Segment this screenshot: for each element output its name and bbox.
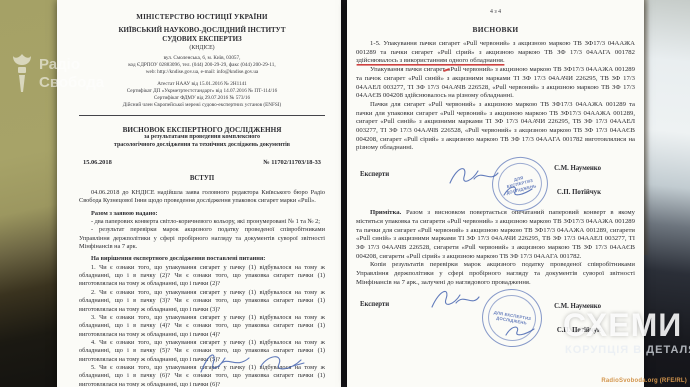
ministry-title: МІНІСТЕРСТВО ЮСТИЦІЇ УКРАЇНИ: [79, 13, 325, 21]
question-item: 2. Чи є ознаки того, що упакування сигар…: [79, 289, 325, 314]
handwritten-signature-icon: [257, 350, 307, 376]
contact-web-email: web: http://kndise.gov.ua, e-mail: info@…: [79, 69, 325, 76]
experts-signature-block-1: Експерти ДЛЯ ЕКСПЕРТИЗ ДОСЛІДЖЕНЬ С.М. Н…: [356, 161, 635, 207]
provided-item: - два паперових конверта світло-коричнев…: [79, 218, 325, 226]
document-title: ВИСНОВОК ЕКСПЕРТНОГО ДОСЛІДЖЕННЯ: [79, 126, 325, 134]
note-label: Примітка.: [370, 209, 401, 216]
handwritten-signature-icon: [195, 346, 255, 380]
question-item: 1. Чи є ознаки того, що упакування сигар…: [79, 264, 325, 289]
conclusion-1-text: 1-5. Упакування пачки сигарет «Pull черв…: [356, 40, 635, 56]
handwritten-signature-icon: [426, 285, 482, 313]
expert-name-potiichuk: С.П. Потійчук: [557, 189, 601, 196]
round-blue-stamp: ДЛЯ ЕКСПЕРТИЗ ДОСЛІДЖЕНЬ: [477, 285, 546, 353]
section-heading-conclusions: ВИСНОВКИ: [356, 25, 635, 34]
institute-abbr: (КНДІСЕ): [79, 45, 325, 51]
schemes-watermark-title: СХЕМИ: [563, 309, 690, 341]
document-number: № 11702/11703/18-33: [263, 159, 321, 166]
handwritten-signature-icon: [501, 183, 535, 199]
provided-heading: Разом з заявою надано:: [79, 210, 325, 218]
document-subtitle-line1: за результатами проведення комплексного: [79, 134, 325, 142]
experts-label: Експерти: [360, 301, 389, 308]
copy-paragraph: Копія результатів перевірки марок акцизн…: [356, 261, 635, 287]
intro-paragraph: 04.06.2018 до КНДІСЕ надійшла заява голо…: [79, 189, 325, 206]
experts-label: Експерти: [360, 171, 389, 178]
conclusion-paragraph-1: 1-5. Упакування пачки сигарет «Pull черв…: [356, 40, 635, 66]
handwritten-signature-icon: [503, 323, 537, 339]
page-number: 4 з 4: [356, 9, 635, 15]
schemes-watermark-subtitle: КОРУПЦІЯ В ДЕТАЛЯХ: [565, 344, 690, 356]
radio-svoboda-text-line2: Свобода: [39, 74, 104, 92]
section-heading-intro: ВСТУП: [79, 175, 325, 182]
expert-name-naumenko: С.М. Науменко: [554, 165, 601, 172]
institute-certificates: Атестат НААУ від 15.01.2016 № 2Н1141 Сер…: [79, 81, 325, 109]
question-item: 3. Чи є ознаки того, що упакування сигар…: [79, 314, 325, 339]
radio-svoboda-text-line1: Радіо: [39, 56, 104, 74]
header-divider: [79, 115, 325, 116]
questions-heading: На вирішення експертного дослідження пос…: [79, 255, 325, 263]
document-subtitle-line2: трасологічного дослідження та технічних …: [79, 142, 325, 150]
radio-svoboda-logo: Радіо Свобода: [9, 52, 104, 96]
note-paragraph: Примітка. Разом з висновком повертається…: [356, 209, 635, 261]
red-underlined-text: здійснювалось з використанням одного обл…: [356, 57, 505, 64]
institute-name-line1: КИЇВСЬКИЙ НАУКОВО-ДОСЛІДНИЙ ІНСТИТУТ: [79, 26, 325, 35]
institute-name-line2: СУДОВИХ ЕКСПЕРТИЗ: [79, 35, 325, 44]
certificate-line: Дійсний член Європейської мережі судово-…: [79, 102, 325, 109]
torch-icon: [9, 52, 35, 96]
note-body: Разом з висновком повертається опечатани…: [356, 209, 635, 260]
provided-item: - результат перевірки марок акцизного по…: [79, 226, 325, 251]
credit-text: RadioSvoboda.org (RFE/RL): [601, 378, 687, 384]
conclusion-paragraph-3: Пачки для сигарет «Pull червоний» з акци…: [356, 101, 635, 153]
institute-contacts: вул. Смоленська, 6, м. Київ, 03057, код …: [79, 55, 325, 76]
conclusion-paragraph-2: Упакування пачки сигарет «Pull червоний»…: [356, 66, 635, 101]
document-date: 15.06.2018: [83, 159, 112, 166]
